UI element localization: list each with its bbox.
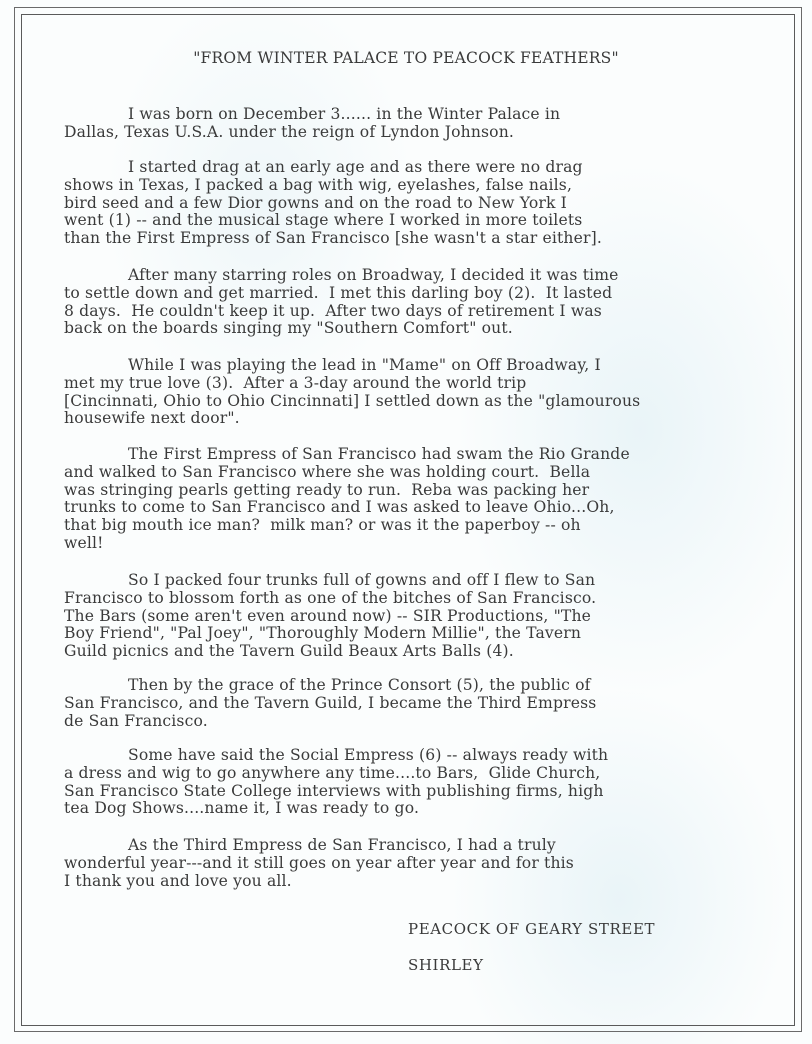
paragraph-line: back on the boards singing my "Southern … bbox=[64, 320, 619, 338]
paragraph-line: The First Empress of San Francisco had s… bbox=[64, 446, 630, 464]
paragraph-line: While I was playing the lead in "Mame" o… bbox=[64, 357, 640, 375]
document-page: "FROM WINTER PALACE TO PEACOCK FEATHERS"… bbox=[0, 0, 812, 1044]
paragraph: While I was playing the lead in "Mame" o… bbox=[64, 357, 640, 428]
paragraph-line: So I packed four trunks full of gowns an… bbox=[64, 572, 596, 590]
paragraph-line: tea Dog Shows....name it, I was ready to… bbox=[64, 800, 608, 818]
paragraph: I started drag at an early age and as th… bbox=[64, 159, 602, 248]
paragraph-line: Boy Friend", "Pal Joey", "Thoroughly Mod… bbox=[64, 625, 596, 643]
paragraph-line: Some have said the Social Empress (6) --… bbox=[64, 747, 608, 765]
paragraph: Then by the grace of the Prince Consort … bbox=[64, 677, 596, 730]
paragraph: After many starring roles on Broadway, I… bbox=[64, 267, 619, 338]
paragraph-line: San Francisco, and the Tavern Guild, I b… bbox=[64, 695, 596, 713]
paragraph-line: Francisco to blossom forth as one of the… bbox=[64, 590, 596, 608]
paragraph-line: I thank you and love you all. bbox=[64, 873, 574, 891]
paragraph-line: bird seed and a few Dior gowns and on th… bbox=[64, 195, 602, 213]
signature-title: PEACOCK OF GEARY STREET bbox=[408, 920, 655, 938]
paragraph-line: to settle down and get married. I met th… bbox=[64, 285, 619, 303]
paragraph-line: de San Francisco. bbox=[64, 713, 596, 731]
paragraph-line: 8 days. He couldn't keep it up. After tw… bbox=[64, 303, 619, 321]
paragraph: The First Empress of San Francisco had s… bbox=[64, 446, 630, 553]
document-title: "FROM WINTER PALACE TO PEACOCK FEATHERS" bbox=[0, 49, 812, 67]
paragraph-line: San Francisco State College interviews w… bbox=[64, 783, 608, 801]
paragraph-line: went (1) -- and the musical stage where … bbox=[64, 212, 602, 230]
paragraph-line: I was born on December 3...... in the Wi… bbox=[64, 106, 560, 124]
paragraph-line: Then by the grace of the Prince Consort … bbox=[64, 677, 596, 695]
paragraph-line: well! bbox=[64, 535, 630, 553]
paragraph-line: that big mouth ice man? milk man? or was… bbox=[64, 517, 630, 535]
paragraph-line: met my true love (3). After a 3-day arou… bbox=[64, 375, 640, 393]
paragraph-line: shows in Texas, I packed a bag with wig,… bbox=[64, 177, 602, 195]
paragraph-line: Guild picnics and the Tavern Guild Beaux… bbox=[64, 643, 596, 661]
paragraph: I was born on December 3...... in the Wi… bbox=[64, 106, 560, 142]
paragraph: Some have said the Social Empress (6) --… bbox=[64, 747, 608, 818]
paragraph-line: housewife next door". bbox=[64, 410, 640, 428]
paragraph-line: [Cincinnati, Ohio to Ohio Cincinnati] I … bbox=[64, 393, 640, 411]
paragraph: As the Third Empress de San Francisco, I… bbox=[64, 837, 574, 890]
paragraph-line: After many starring roles on Broadway, I… bbox=[64, 267, 619, 285]
paragraph-line: and walked to San Francisco where she wa… bbox=[64, 464, 630, 482]
paragraph-line: As the Third Empress de San Francisco, I… bbox=[64, 837, 574, 855]
paragraph-line: trunks to come to San Francisco and I wa… bbox=[64, 499, 630, 517]
paragraph: So I packed four trunks full of gowns an… bbox=[64, 572, 596, 661]
paragraph-line: I started drag at an early age and as th… bbox=[64, 159, 602, 177]
paragraph-line: wonderful year---and it still goes on ye… bbox=[64, 855, 574, 873]
paragraph-line: than the First Empress of San Francisco … bbox=[64, 230, 602, 248]
signature-name: SHIRLEY bbox=[408, 956, 484, 974]
paragraph-line: The Bars (some aren't even around now) -… bbox=[64, 608, 596, 626]
paragraph-line: was stringing pearls getting ready to ru… bbox=[64, 482, 630, 500]
paragraph-line: a dress and wig to go anywhere any time.… bbox=[64, 765, 608, 783]
paragraph-line: Dallas, Texas U.S.A. under the reign of … bbox=[64, 124, 560, 142]
